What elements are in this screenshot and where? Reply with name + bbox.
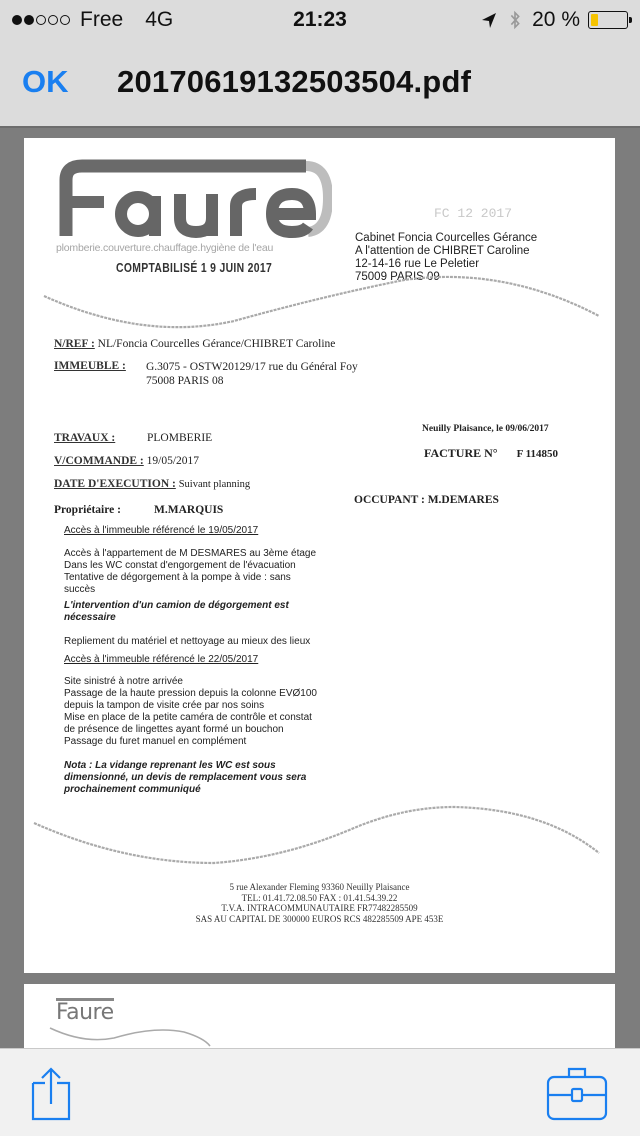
- pdf-viewer[interactable]: Faure plomberie.couverture.chauffage.hyg…: [0, 128, 640, 1048]
- fax-stamp: FC 12 2017: [434, 206, 512, 221]
- owner: Propriétaire : M.MARQUIS: [54, 504, 121, 516]
- share-icon: [30, 1067, 74, 1121]
- visit-2-heading: Accès à l'immeuble référencé le 22/05/20…: [64, 654, 258, 666]
- building-address: G.3075 - OSTW20129/17 rue du Général Foy…: [146, 360, 358, 388]
- page-2-wave-decoration: [24, 1020, 224, 1048]
- battery-percent: 20 %: [532, 8, 580, 32]
- nav-bar: OK 20170619132503504.pdf: [0, 62, 640, 106]
- nota: Nota : La vidange reprenant les WC est s…: [64, 760, 306, 796]
- document-title: 20170619132503504.pdf: [117, 64, 471, 100]
- location-arrow-icon: [480, 10, 498, 30]
- header-wave-decoration: [24, 266, 615, 346]
- pdf-page-2[interactable]: Faure: [24, 984, 615, 1048]
- invoice-number: FACTURE N° F 114850: [424, 446, 558, 461]
- footer-wave-decoration: [24, 793, 615, 873]
- pdf-page-1[interactable]: Faure plomberie.couverture.chauffage.hyg…: [24, 138, 615, 973]
- bluetooth-icon: [506, 10, 524, 30]
- faure-logo: Faure: [56, 158, 332, 238]
- works-type: TRAVAUX : PLOMBERIE: [54, 432, 115, 444]
- visit-1-closing: Repliement du matériel et nettoyage au m…: [64, 636, 310, 648]
- logo-tagline: plomberie.couverture.chauffage.hygiène d…: [56, 242, 273, 254]
- visit-1-emphasis: L'intervention d'un camion de dégorgemen…: [64, 600, 289, 624]
- battery-icon: [588, 11, 628, 29]
- execution-date: DATE D'EXECUTION : Suivant planning: [54, 478, 250, 490]
- top-bar: Free 4G 21:23 20 % OK 20170619132503504.…: [0, 0, 640, 128]
- place-date: Neuilly Plaisance, le 09/06/2017: [422, 424, 549, 434]
- visit-2-details: Site sinistré à notre arrivée Passage de…: [64, 676, 317, 748]
- visit-1-details: Accès à l'appartement de M DESMARES au 3…: [64, 548, 316, 596]
- reference-line: N/REF : NL/Foncia Courcelles Gérance/CHI…: [54, 338, 335, 350]
- status-bar: Free 4G 21:23 20 %: [0, 0, 640, 40]
- order-date: V/COMMANDE : 19/05/2017: [54, 455, 199, 467]
- done-button[interactable]: OK: [22, 64, 69, 100]
- building-label: IMMEUBLE :: [54, 360, 126, 372]
- tools-button[interactable]: [546, 1067, 608, 1121]
- share-button[interactable]: [30, 1067, 74, 1121]
- company-footer: 5 rue Alexander Fleming 93360 Neuilly Pl…: [24, 882, 615, 924]
- visit-1-heading: Accès à l'immeuble référencé le 19/05/20…: [64, 525, 258, 537]
- occupant: OCCUPANT : M.DEMARES: [354, 494, 499, 506]
- toolbox-icon: [546, 1067, 608, 1121]
- bottom-toolbar: [0, 1048, 640, 1136]
